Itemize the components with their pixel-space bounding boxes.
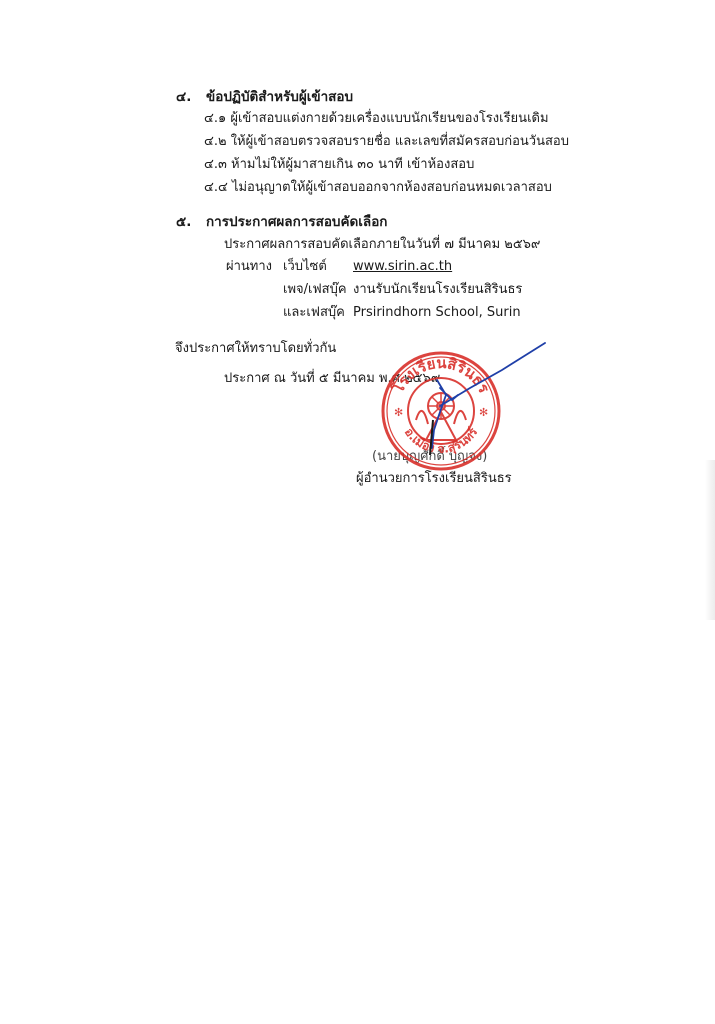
scan-page-edge	[705, 460, 715, 620]
announcement-date-text: ประกาศผลการสอบคัดเลือกภายในวันที่ ๗ มีนา…	[224, 236, 540, 254]
seal-top-text: โรงเรียนสิรินธร	[388, 354, 494, 397]
section-4-item: ๔.๑ ผู้เข้าสอบแต่งกายด้วยเครื่องแบบนักเร…	[204, 110, 549, 128]
section-4-title: ข้อปฏิบัติสำหรับผู้เข้าสอบ	[206, 89, 353, 105]
school-seal-stamp: โรงเรียนสิรินธร อ.เมือง จ.สุรินทร์ ✻ ✻	[380, 350, 502, 472]
section-4-item: ๔.๔ ไม่อนุญาตให้ผู้เข้าสอบออกจากห้องสอบก…	[204, 179, 552, 197]
item-text: ผู้เข้าสอบแต่งกายด้วยเครื่องแบบนักเรียนข…	[230, 111, 548, 126]
section-4-item: ๔.๓ ห้ามไม่ให้ผู้มาสายเกิน ๓๐ นาที เข้าห…	[204, 156, 474, 174]
channel-label-page: เพจ/เฟสบุ๊ค	[283, 281, 347, 299]
section-5-number: ๕.	[176, 213, 206, 231]
item-number: ๔.๒	[204, 134, 227, 149]
handwritten-signature	[0, 0, 715, 1024]
item-number: ๔.๔	[204, 180, 228, 195]
item-text: ให้ผู้เข้าสอบตรวจสอบรายชื่อ และเลขที่สมั…	[231, 134, 569, 149]
section-4-number: ๔.	[176, 88, 206, 106]
closing-text: จึงประกาศให้ทราบโดยทั่วกัน	[175, 340, 336, 358]
item-number: ๔.๑	[204, 111, 226, 126]
section-5-heading: ๕.การประกาศผลการสอบคัดเลือก	[176, 213, 387, 231]
item-number: ๔.๓	[204, 157, 227, 172]
channel-label-website: เว็บไซต์	[283, 258, 327, 276]
item-text: ห้ามไม่ให้ผู้มาสายเกิน ๓๐ นาที เข้าห้องส…	[231, 157, 474, 172]
svg-text:โรงเรียนสิรินธร: โรงเรียนสิรินธร	[388, 354, 494, 397]
channel-value-facebook: Prsirindhorn School, Surin	[353, 304, 521, 322]
section-5-title: การประกาศผลการสอบคัดเลือก	[206, 214, 387, 230]
website-link[interactable]: www.sirin.ac.th	[353, 258, 452, 276]
channel-value-page: งานรับนักเรียนโรงเรียนสิรินธร	[353, 281, 522, 299]
channel-label-facebook: และเฟสบุ๊ค	[283, 304, 345, 322]
section-4-heading: ๔.ข้อปฏิบัติสำหรับผู้เข้าสอบ	[176, 88, 353, 106]
channels-label: ผ่านทาง	[226, 258, 272, 276]
signatory-position: ผู้อำนวยการโรงเรียนสิรินธร	[356, 470, 512, 488]
item-text: ไม่อนุญาตให้ผู้เข้าสอบออกจากห้องสอบก่อนห…	[232, 180, 552, 195]
seal-star-left-icon: ✻	[394, 406, 403, 419]
section-4-item: ๔.๒ ให้ผู้เข้าสอบตรวจสอบรายชื่อ และเลขที…	[204, 133, 569, 151]
seal-star-right-icon: ✻	[479, 406, 488, 419]
